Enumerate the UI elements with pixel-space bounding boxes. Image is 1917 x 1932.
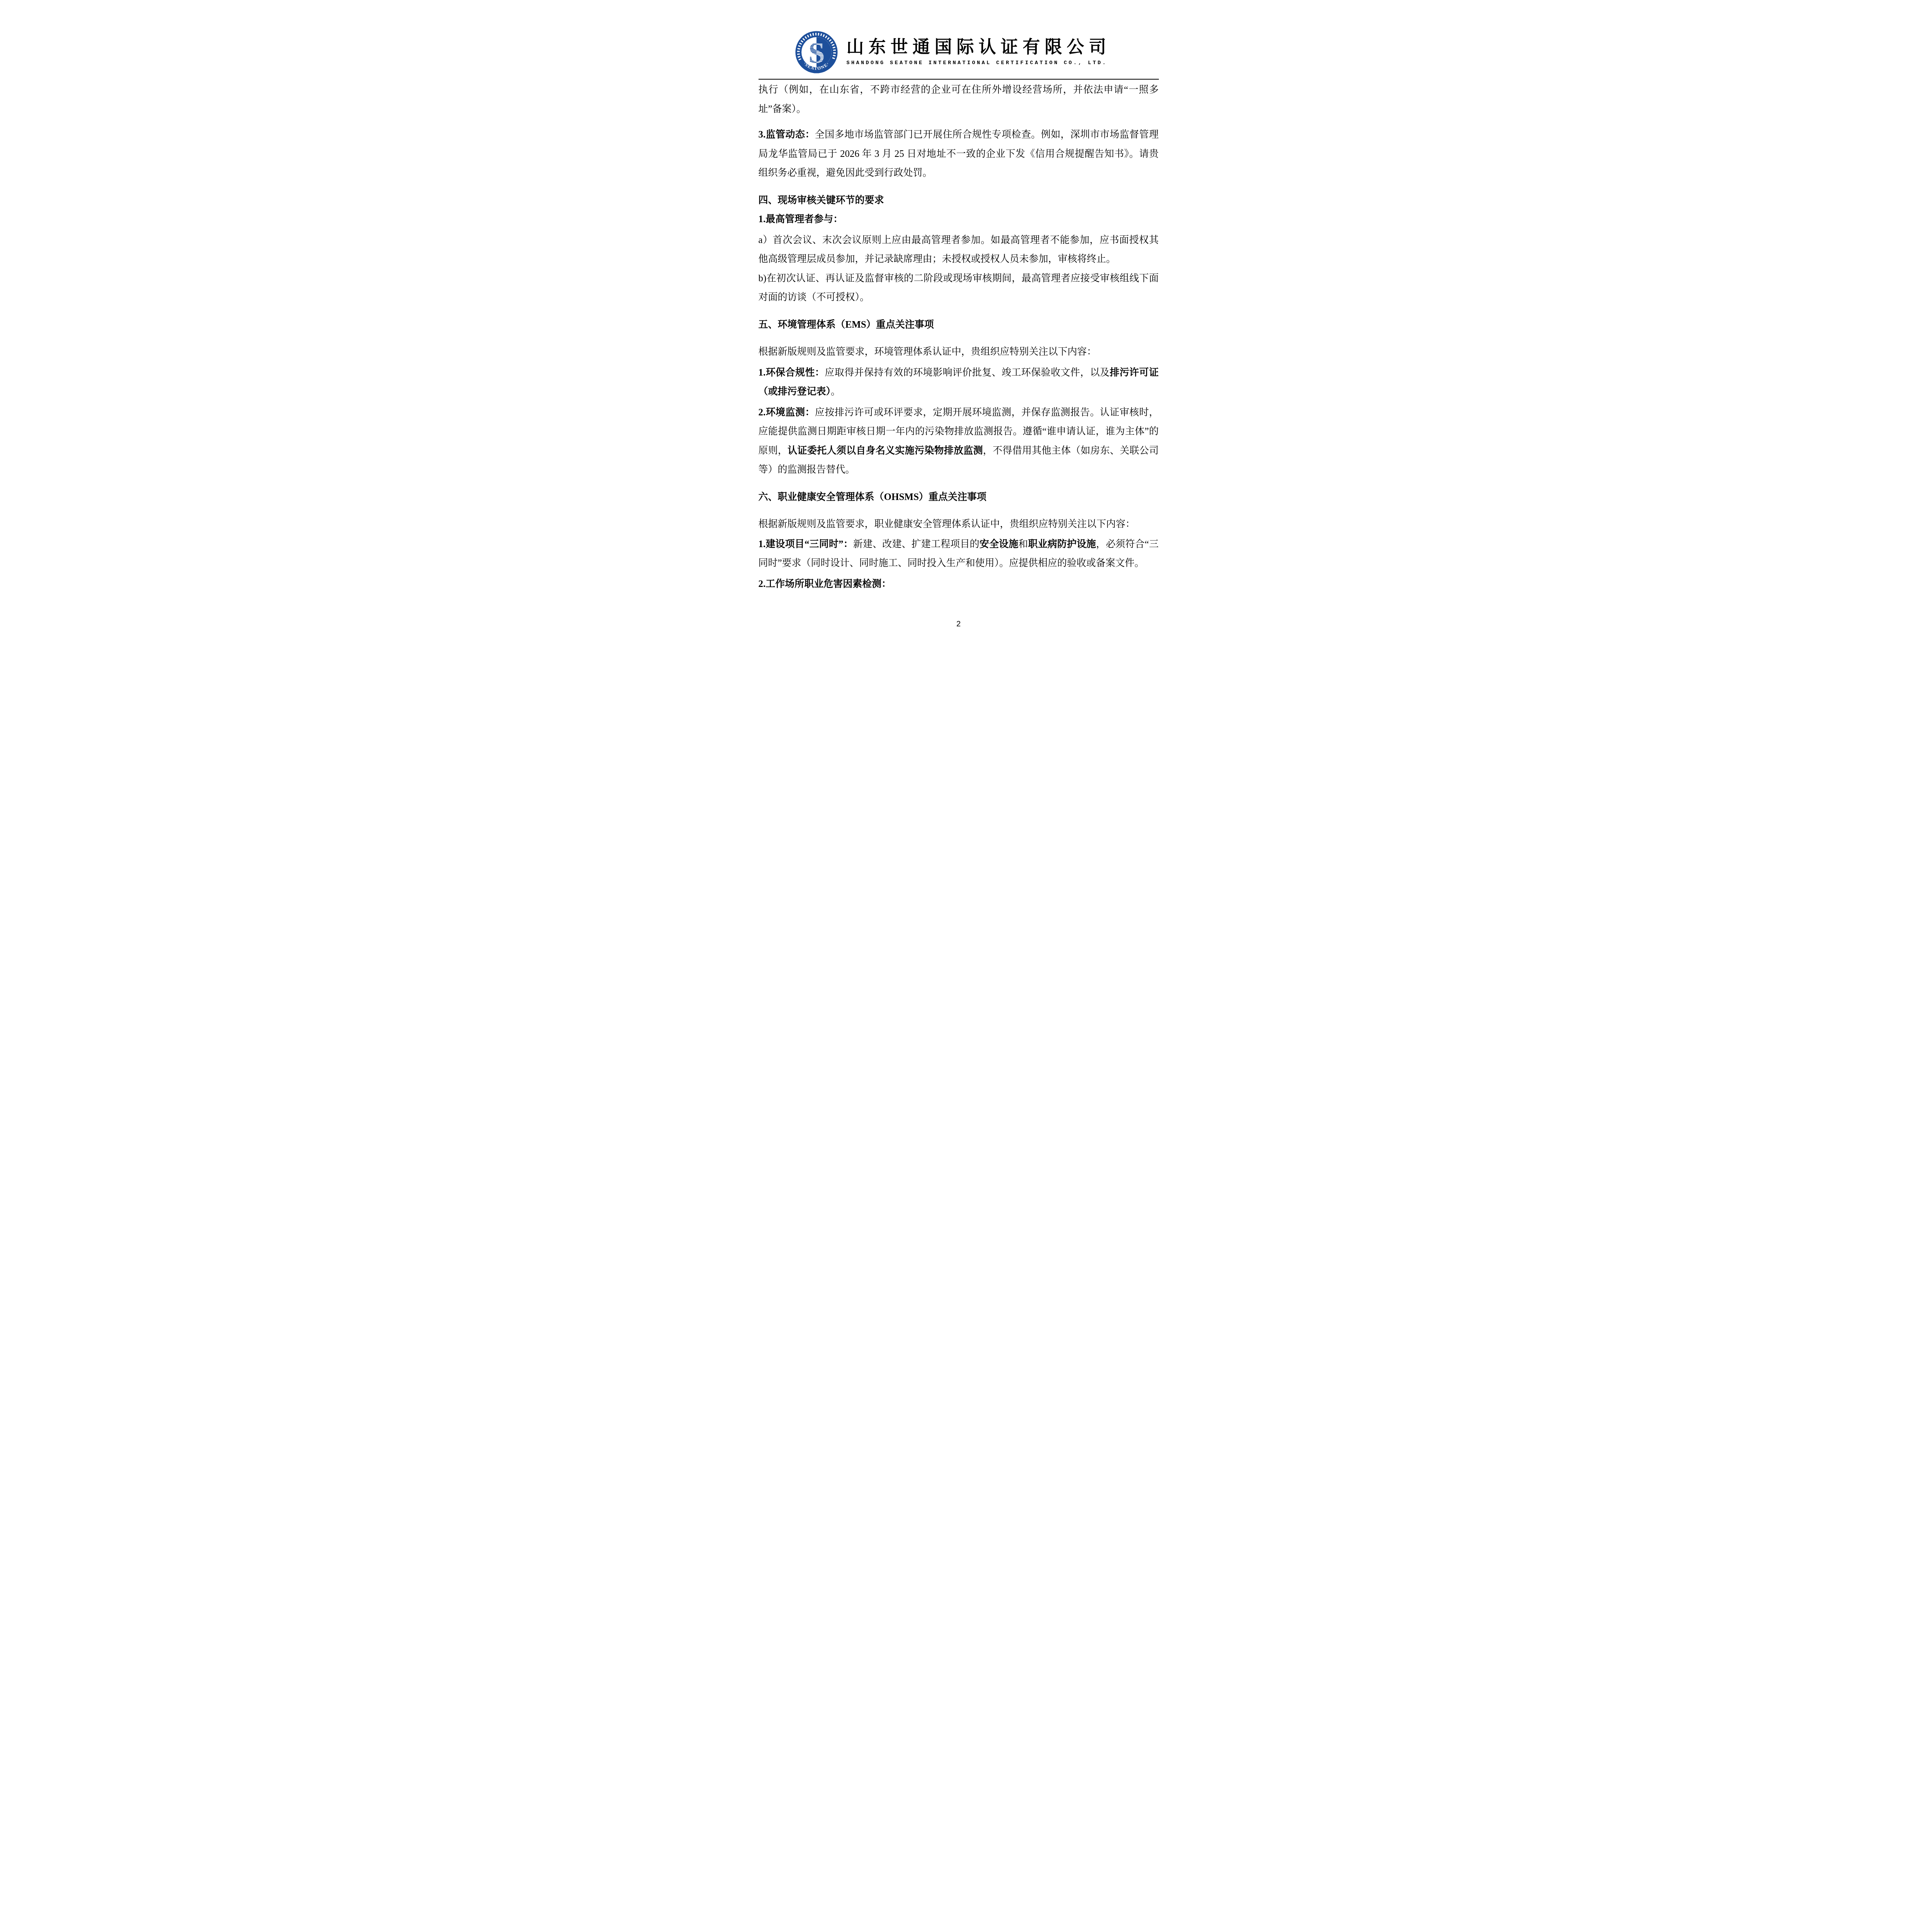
company-name-en: SHANDONG SEATONE INTERNATIONAL CERTIFICA…: [847, 60, 1111, 66]
text-run-bold: 四、现场审核关键环节的要求: [759, 195, 884, 206]
company-logo: S S ·SEATONE·: [795, 31, 838, 73]
letterhead: S S ·SEATONE· 山东世通国际认证有限公司 SHANDONG SEAT…: [759, 0, 1159, 80]
text-run-bold: 五、环境管理体系（EMS）重点关注事项: [759, 320, 934, 330]
heading-section-4: 四、现场审核关键环节的要求: [759, 191, 1159, 210]
text-run-bold: 2.工作场所职业危害因素检测：: [759, 579, 891, 589]
text-run: a）首次会议、末次会议原则上应由最高管理者参加。如最高管理者不能参加，应书面授权…: [759, 235, 1159, 265]
text-run-bold: 3.监管动态：: [759, 129, 815, 140]
seatone-logo-icon: S S ·SEATONE·: [795, 31, 838, 73]
paragraph-item-a: a）首次会议、末次会议原则上应由最高管理者参加。如最高管理者不能参加，应书面授权…: [759, 231, 1159, 269]
text-run: 根据新版规则及监管要求，职业健康安全管理体系认证中，贵组织应特别关注以下内容：: [759, 519, 1135, 529]
document-page: S S ·SEATONE· 山东世通国际认证有限公司 SHANDONG SEAT…: [719, 0, 1198, 678]
page-footer: 2: [719, 620, 1198, 629]
text-run-bold: 职业病防护设施: [1028, 539, 1096, 549]
document-body: 执行（例如，在山东省，不跨市经营的企业可在住所外增设经营场所，并依法申请“一照多…: [759, 80, 1159, 594]
paragraph-three-simultaneous: 1.建设项目“三同时”：新建、改建、扩建工程项目的安全设施和职业病防护设施，必须…: [759, 535, 1159, 573]
text-run-bold: 1.最高管理者参与：: [759, 214, 843, 224]
text-run-bold: 1.环保合规性：: [759, 367, 825, 378]
text-run: 根据新版规则及监管要求，环境管理体系认证中，贵组织应特别关注以下内容：: [759, 347, 1097, 357]
paragraph-ems-intro: 根据新版规则及监管要求，环境管理体系认证中，贵组织应特别关注以下内容：: [759, 342, 1159, 362]
paragraph-carryover: 执行（例如，在山东省，不跨市经营的企业可在住所外增设经营场所，并依法申请“一照多…: [759, 80, 1159, 119]
text-run: 应取得并保持有效的环境影响评价批复、竣工环保验收文件，以及: [825, 367, 1109, 378]
text-run-bold: 六、职业健康安全管理体系（OHSMS）重点关注事项: [759, 492, 987, 502]
paragraph-regulatory-update: 3.监管动态：全国多地市场监管部门已开展住所合规性专项检查。例如，深圳市市场监督…: [759, 125, 1159, 183]
text-run: 执行（例如，在山东省，不跨市经营的企业可在住所外增设经营场所，并依法申请“一照多…: [759, 85, 1159, 114]
paragraph-ohsms-intro: 根据新版规则及监管要求，职业健康安全管理体系认证中，贵组织应特别关注以下内容：: [759, 515, 1159, 534]
heading-top-management: 1.最高管理者参与：: [759, 210, 1159, 229]
text-run: 和: [1018, 539, 1028, 549]
text-run-bold: 1.建设项目“三同时”：: [759, 539, 853, 549]
text-run: 。: [831, 386, 840, 397]
paragraph-env-monitoring: 2.环境监测：应按排污许可或环评要求，定期开展环境监测，并保存监测报告。认证审核…: [759, 403, 1159, 480]
heading-section-5-ems: 五、环境管理体系（EMS）重点关注事项: [759, 315, 1159, 335]
paragraph-env-compliance: 1.环保合规性：应取得并保持有效的环境影响评价批复、竣工环保验收文件，以及排污许…: [759, 363, 1159, 401]
page-number: 2: [956, 620, 961, 628]
company-name-zh: 山东世通国际认证有限公司: [847, 37, 1111, 57]
company-names: 山东世通国际认证有限公司 SHANDONG SEATONE INTERNATIO…: [847, 37, 1111, 66]
text-run-bold: 认证委托人须以自身名义实施污染物排放监测: [788, 446, 983, 456]
text-run: b)在初次认证、再认证及监督审核的二阶段或现场审核期间，最高管理者应接受审核组线…: [759, 273, 1159, 303]
text-run-bold: 2.环境监测：: [759, 407, 815, 418]
text-run: 新建、改建、扩建工程项目的: [853, 539, 980, 549]
heading-workplace-hazard: 2.工作场所职业危害因素检测：: [759, 575, 1159, 594]
paragraph-item-b: b)在初次认证、再认证及监督审核的二阶段或现场审核期间，最高管理者应接受审核组线…: [759, 269, 1159, 307]
text-run: 全国多地市场监管部门已开展住所合规性专项检查。例如，深圳市市场监督管理局龙华监管…: [759, 129, 1159, 178]
heading-section-6-ohsms: 六、职业健康安全管理体系（OHSMS）重点关注事项: [759, 488, 1159, 507]
text-run-bold: 安全设施: [980, 539, 1019, 549]
